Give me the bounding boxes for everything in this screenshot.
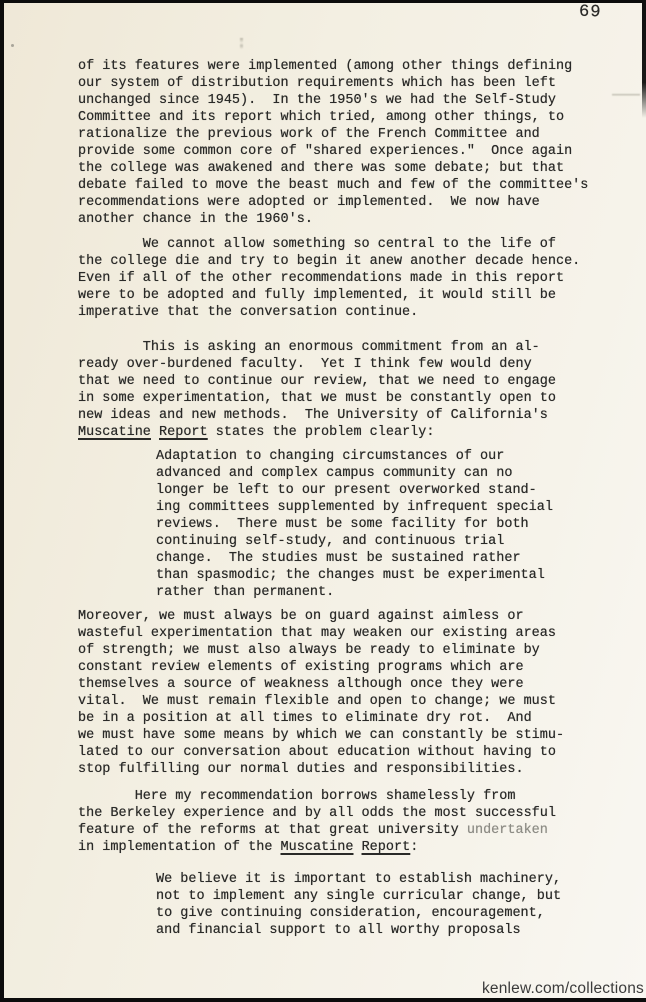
text-line: constant review elements of existing pro… bbox=[78, 659, 598, 676]
text-line: Here my recommendation borrows shameless… bbox=[78, 788, 598, 805]
text-line: that we need to continue our review, tha… bbox=[78, 373, 598, 390]
text-line: We cannot allow something so central to … bbox=[78, 236, 598, 253]
text-line: lated to our conversation about educatio… bbox=[78, 744, 598, 761]
text-line: not to implement any single curricular c… bbox=[156, 888, 598, 905]
text-line: vital. We must remain flexible and open … bbox=[78, 693, 598, 710]
text-line: debate failed to move the beast much and… bbox=[78, 177, 598, 194]
text-line: ready over-burdened faculty. Yet I think… bbox=[78, 356, 598, 373]
text-line: provide some common core of "shared expe… bbox=[78, 143, 598, 160]
page-body: of its features were implemented (among … bbox=[78, 58, 598, 939]
text-line: we must have some means by which we can … bbox=[78, 727, 598, 744]
text-line: Moreover, we must always be on guard aga… bbox=[78, 608, 598, 625]
text-line: reviews. There must be some facility for… bbox=[156, 516, 598, 533]
text-line: be in a position at all times to elimina… bbox=[78, 710, 598, 727]
scan-artifact-mark bbox=[240, 38, 243, 49]
paragraph: We cannot allow something so central to … bbox=[78, 236, 598, 321]
text-line: rationalize the previous work of the Fre… bbox=[78, 126, 598, 143]
text-line: feature of the reforms at that great uni… bbox=[78, 822, 598, 839]
text-line: wasteful experimentation that may weaken… bbox=[78, 625, 598, 642]
text-line: the college die and try to begin it anew… bbox=[78, 253, 598, 270]
text-line: another chance in the 1960's. bbox=[78, 211, 598, 228]
text-line: to give continuing consideration, encour… bbox=[156, 905, 598, 922]
watermark-text: kenlew.com/collections bbox=[482, 980, 644, 998]
pencil-smudge-artifact bbox=[612, 90, 640, 99]
text-line: in some experimentation, that we must be… bbox=[78, 390, 598, 407]
text-line: new ideas and new methods. The Universit… bbox=[78, 407, 598, 424]
text-line: and financial support to all worthy prop… bbox=[156, 922, 598, 939]
text-line: in implementation of the Muscatine Repor… bbox=[78, 839, 598, 856]
scan-edge-left bbox=[0, 0, 4, 1002]
text-line: our system of distribution requirements … bbox=[78, 75, 598, 92]
text-line: Muscatine Report states the problem clea… bbox=[78, 424, 598, 441]
text-line: the Berkeley experience and by all odds … bbox=[78, 805, 598, 822]
paragraph: This is asking an enormous commitment fr… bbox=[78, 339, 598, 441]
scan-edge-right bbox=[642, 0, 646, 118]
paragraph: Moreover, we must always be on guard aga… bbox=[78, 608, 598, 778]
text-line: of strength; we must also always be read… bbox=[78, 642, 598, 659]
text-line: stop fulfilling our normal duties and re… bbox=[78, 761, 598, 778]
text-line: longer be left to our present overworked… bbox=[156, 482, 598, 499]
text-line: Adaptation to changing circumstances of … bbox=[156, 448, 598, 465]
text-line: of its features were implemented (among … bbox=[78, 58, 598, 75]
paragraph: of its features were implemented (among … bbox=[78, 58, 598, 228]
scan-edge-bottom bbox=[0, 998, 646, 1002]
page-number: 69 bbox=[579, 3, 602, 24]
scan-edge-top bbox=[0, 0, 646, 3]
text-line: themselves a source of weakness although… bbox=[78, 676, 598, 693]
text-line: continuing self-study, and continuous tr… bbox=[156, 533, 598, 550]
block-quote: We believe it is important to establish … bbox=[156, 871, 598, 939]
text-line: This is asking an enormous commitment fr… bbox=[78, 339, 598, 356]
scanned-document-page: { "page": { "number": "69", "watermark":… bbox=[0, 0, 646, 1002]
text-line: Committee and its report which tried, am… bbox=[78, 109, 598, 126]
text-line: were to be adopted and fully implemented… bbox=[78, 287, 598, 304]
text-line: the college was awakened and there was s… bbox=[78, 160, 598, 177]
text-line: change. The studies must be sustained ra… bbox=[156, 550, 598, 567]
text-line: imperative that the conversation continu… bbox=[78, 304, 598, 321]
text-line: ing committees supplemented by infrequen… bbox=[156, 499, 598, 516]
block-quote: Adaptation to changing circumstances of … bbox=[156, 448, 598, 601]
paragraph: Here my recommendation borrows shameless… bbox=[78, 788, 598, 856]
text-line: rather than permanent. bbox=[156, 584, 598, 601]
scan-artifact-dot bbox=[11, 44, 14, 47]
text-line: advanced and complex campus community ca… bbox=[156, 465, 598, 482]
text-line: recommendations were adopted or implemen… bbox=[78, 194, 598, 211]
text-line: than spasmodic; the changes must be expe… bbox=[156, 567, 598, 584]
text-line: Even if all of the other recommendations… bbox=[78, 270, 598, 287]
text-line: unchanged since 1945). In the 1950's we … bbox=[78, 92, 598, 109]
text-line: We believe it is important to establish … bbox=[156, 871, 598, 888]
